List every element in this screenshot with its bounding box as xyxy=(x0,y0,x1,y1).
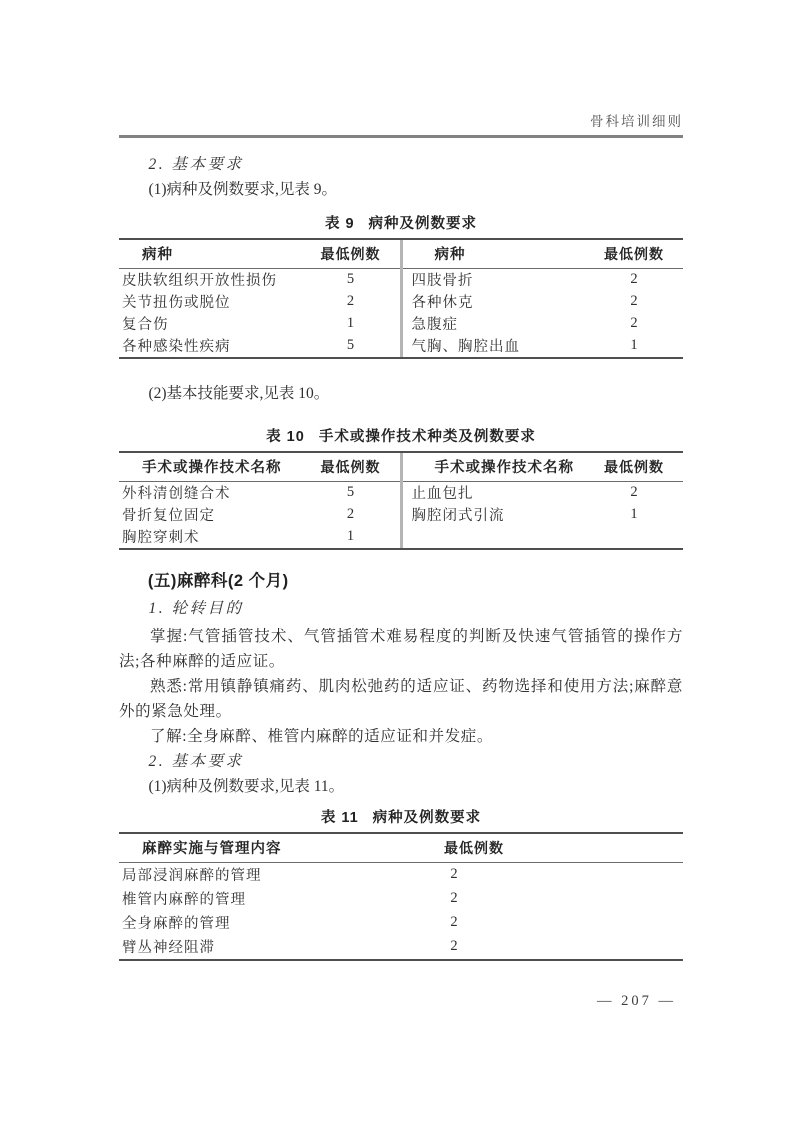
table-10-caption-title: 手术或操作技术种类及例数要求 xyxy=(319,429,536,445)
min-cases-cell: 2 xyxy=(404,890,504,907)
section-heading-anesthesiology: (五)麻醉科(2 个月) xyxy=(119,571,683,592)
column-header-min-cases: 最低例数 xyxy=(302,244,400,264)
table-9-caption-title: 病种及例数要求 xyxy=(369,216,478,232)
table-row: 臂丛神经阻滞2 xyxy=(119,935,683,959)
min-cases-cell: 2 xyxy=(404,866,504,883)
table-row: 皮肤软组织开放性损伤5 xyxy=(119,269,400,291)
table-half: 手术或操作技术名称最低例数止血包扎2胸腔闭式引流1 xyxy=(403,453,684,548)
document-page: 骨科培训细则 2. 基本要求 (1)病种及例数要求,见表 9。 表 9病种及例数… xyxy=(0,0,800,1131)
para-basic-requirements-2: 2. 基本要求 xyxy=(119,749,683,774)
column-header-min-cases: 最低例数 xyxy=(585,244,683,264)
table-header-row: 手术或操作技术名称最低例数 xyxy=(119,453,400,482)
table-11-caption-title: 病种及例数要求 xyxy=(373,810,482,826)
min-cases-cell: 5 xyxy=(302,271,400,288)
column-header-min-cases: 最低例数 xyxy=(302,457,400,477)
min-cases-cell: 5 xyxy=(302,337,400,354)
table-row: 骨折复位固定2 xyxy=(119,504,400,526)
table-row: 各种感染性疾病5 xyxy=(119,335,400,357)
table-11: 麻醉实施与管理内容最低例数局部浸润麻醉的管理2椎管内麻醉的管理2全身麻醉的管理2… xyxy=(119,832,683,961)
item-name-cell: 复合伤 xyxy=(119,313,302,334)
table-half: 病种最低例数皮肤软组织开放性损伤5关节扭伤或脱位2复合伤1各种感染性疾病5 xyxy=(119,240,403,357)
table-body: 病种最低例数皮肤软组织开放性损伤5关节扭伤或脱位2复合伤1各种感染性疾病5病种最… xyxy=(119,240,683,357)
table-row: 关节扭伤或脱位2 xyxy=(119,291,400,313)
item-name-cell: 气胸、胸腔出血 xyxy=(403,335,586,356)
column-header-name: 病种 xyxy=(119,243,302,264)
table-header-row: 麻醉实施与管理内容最低例数 xyxy=(119,834,683,863)
item-name-cell: 局部浸润麻醉的管理 xyxy=(119,864,404,885)
table-row: 急腹症2 xyxy=(403,313,684,335)
table-row: 胸腔闭式引流1 xyxy=(403,504,684,526)
table-row: 气胸、胸腔出血1 xyxy=(403,335,684,357)
item-name-cell: 急腹症 xyxy=(403,313,586,334)
min-cases-cell: 1 xyxy=(302,315,400,332)
column-header-min-cases: 最低例数 xyxy=(585,457,683,477)
min-cases-cell: 2 xyxy=(302,293,400,310)
para-disease-requirements-2: (1)病种及例数要求,见表 11。 xyxy=(119,774,683,799)
column-header-min-cases: 最低例数 xyxy=(424,838,524,858)
para-rotation-purpose: 1. 轮转目的 xyxy=(119,599,683,619)
running-header: 骨科培训细则 xyxy=(119,113,683,130)
item-name-cell: 全身麻醉的管理 xyxy=(119,912,404,933)
page-number: — 207 — xyxy=(119,993,683,1009)
table-half: 病种最低例数四肢骨折2各种休克2急腹症2气胸、胸腔出血1 xyxy=(403,240,684,357)
item-name-cell: 胸腔闭式引流 xyxy=(403,504,586,525)
min-cases-cell: 2 xyxy=(404,914,504,931)
min-cases-cell: 1 xyxy=(302,528,400,545)
min-cases-cell: 2 xyxy=(585,484,683,501)
item-name-cell: 臂丛神经阻滞 xyxy=(119,936,404,957)
table-row: 全身麻醉的管理2 xyxy=(119,911,683,935)
item-name-cell: 皮肤软组织开放性损伤 xyxy=(119,269,302,290)
min-cases-cell: 2 xyxy=(585,315,683,332)
column-header-name: 麻醉实施与管理内容 xyxy=(119,837,424,858)
table-10: 手术或操作技术名称最低例数外科清创缝合术5骨折复位固定2胸腔穿刺术1手术或操作技… xyxy=(119,451,683,550)
table-row: 局部浸润麻醉的管理2 xyxy=(119,863,683,887)
min-cases-cell: 1 xyxy=(585,506,683,523)
table-10-caption: 表 10手术或操作技术种类及例数要求 xyxy=(119,428,683,446)
table-row: 外科清创缝合术5 xyxy=(119,482,400,504)
column-header-name: 手术或操作技术名称 xyxy=(119,456,302,477)
min-cases-cell: 2 xyxy=(404,938,504,955)
table-row: 复合伤1 xyxy=(119,313,400,335)
table-11-caption-label: 表 11 xyxy=(321,810,359,826)
item-name-cell: 胸腔穿刺术 xyxy=(119,526,302,547)
table-row: 四肢骨折2 xyxy=(403,269,684,291)
para-basic-requirements-1: 2. 基本要求 xyxy=(119,155,683,175)
para-master: 掌握:气管插管技术、气管插管术难易程度的判断及快速气管插管的操作方法;各种麻醉的… xyxy=(119,624,683,674)
table-half: 麻醉实施与管理内容最低例数局部浸润麻醉的管理2椎管内麻醉的管理2全身麻醉的管理2… xyxy=(119,834,683,959)
min-cases-cell: 2 xyxy=(302,506,400,523)
item-name-cell: 骨折复位固定 xyxy=(119,504,302,525)
item-name-cell: 关节扭伤或脱位 xyxy=(119,291,302,312)
min-cases-cell: 2 xyxy=(585,293,683,310)
table-header-row: 手术或操作技术名称最低例数 xyxy=(403,453,684,482)
table-row: 止血包扎2 xyxy=(403,482,684,504)
table-row: 椎管内麻醉的管理2 xyxy=(119,887,683,911)
item-name-cell: 止血包扎 xyxy=(403,482,586,503)
table-10-caption-label: 表 10 xyxy=(266,429,305,445)
table-row: 胸腔穿刺术1 xyxy=(119,526,400,548)
table-11-caption: 表 11病种及例数要求 xyxy=(119,809,683,827)
min-cases-cell: 1 xyxy=(585,337,683,354)
table-half: 手术或操作技术名称最低例数外科清创缝合术5骨折复位固定2胸腔穿刺术1 xyxy=(119,453,403,548)
para-understand: 了解:全身麻醉、椎管内麻醉的适应证和并发症。 xyxy=(119,724,683,749)
column-header-name: 手术或操作技术名称 xyxy=(403,456,586,477)
item-name-cell: 各种休克 xyxy=(403,291,586,312)
table-9-caption: 表 9病种及例数要求 xyxy=(119,215,683,233)
table-row: 各种休克2 xyxy=(403,291,684,313)
min-cases-cell: 2 xyxy=(585,271,683,288)
table-body: 麻醉实施与管理内容最低例数局部浸润麻醉的管理2椎管内麻醉的管理2全身麻醉的管理2… xyxy=(119,834,683,959)
table-body: 手术或操作技术名称最低例数外科清创缝合术5骨折复位固定2胸腔穿刺术1手术或操作技… xyxy=(119,453,683,548)
table-9-caption-label: 表 9 xyxy=(325,216,355,232)
table-header-row: 病种最低例数 xyxy=(119,240,400,269)
para-disease-requirements-1: (1)病种及例数要求,见表 9。 xyxy=(119,180,683,200)
item-name-cell: 各种感染性疾病 xyxy=(119,335,302,356)
item-name-cell: 四肢骨折 xyxy=(403,269,586,290)
table-header-row: 病种最低例数 xyxy=(403,240,684,269)
item-name-cell: 椎管内麻醉的管理 xyxy=(119,888,404,909)
header-rule xyxy=(119,135,683,138)
item-name-cell: 外科清创缝合术 xyxy=(119,482,302,503)
column-header-name: 病种 xyxy=(403,243,586,264)
para-skill-requirements: (2)基本技能要求,见表 10。 xyxy=(119,384,683,404)
table-9: 病种最低例数皮肤软组织开放性损伤5关节扭伤或脱位2复合伤1各种感染性疾病5病种最… xyxy=(119,238,683,359)
min-cases-cell: 5 xyxy=(302,484,400,501)
para-familiar: 熟悉:常用镇静镇痛药、肌肉松弛药的适应证、药物选择和使用方法;麻醉意外的紧急处理… xyxy=(119,674,683,724)
